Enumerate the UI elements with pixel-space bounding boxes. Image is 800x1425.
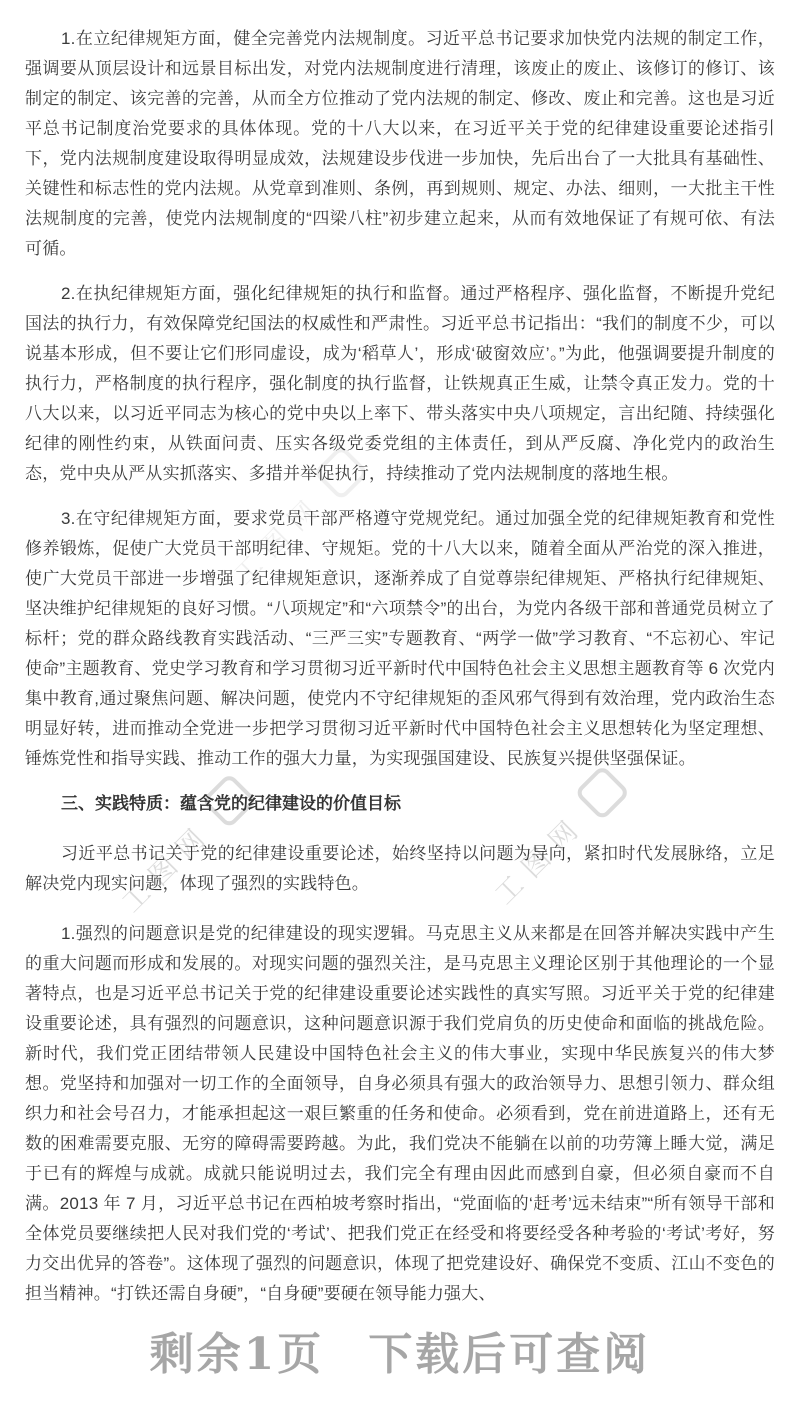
paragraph-shijian-intro: 习近平总书记关于党的纪律建设重要论述，始终坚持以问题为导向，紧扣时代发展脉络，立… bbox=[25, 839, 775, 899]
paragraph-shou-jilv: 3.在守纪律规矩方面，要求党员干部严格遵守党规党纪。通过加强全党的纪律规矩教育和… bbox=[25, 504, 775, 774]
paragraph-li-jilv: 1.在立纪律规矩方面，健全完善党内法规制度。习近平总书记要求加快党内法规的制定工… bbox=[25, 24, 775, 264]
paragraph-wenti-yishi: 1.强烈的问题意识是党的纪律建设的现实逻辑。马克思主义从来都是在回答并解决实践中… bbox=[25, 919, 775, 1309]
remaining-pages-banner: 剩余1页 下载后可查阅 bbox=[0, 1318, 800, 1382]
remaining-pages-text: 剩余1页 bbox=[150, 1318, 325, 1382]
download-hint-text: 下载后可查阅 bbox=[368, 1318, 650, 1382]
paragraph-zhi-jilv: 2.在执纪律规矩方面，强化纪律规矩的执行和监督。通过严格程序、强化监督，不断提升… bbox=[25, 279, 775, 489]
section-heading: 三、实践特质：蕴含党的纪律建设的价值目标 bbox=[25, 789, 775, 819]
document-body: 1.在立纪律规矩方面，健全完善党内法规制度。习近平总书记要求加快党内法规的制定工… bbox=[0, 0, 800, 1324]
document-preview-page: 工图网 工图网 工图网 1.在立纪律规矩方面，健全完善党内法规制度。习近平总书记… bbox=[0, 0, 800, 1425]
